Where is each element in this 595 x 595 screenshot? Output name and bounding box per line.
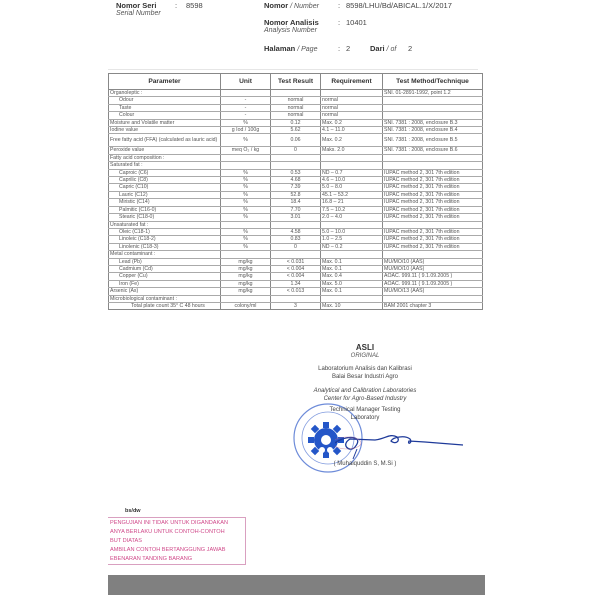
table-row: Lauric (C12)%52.845.1 – 53.2IUPAC method… — [109, 191, 483, 198]
cell-requirement: 4.6 – 10.0 — [321, 177, 383, 184]
cell-parameter: Organoleptic : — [109, 90, 221, 97]
table-row: Microbiological contaminant : — [109, 295, 483, 302]
cell-requirement — [321, 162, 383, 169]
cell-test-result: 4.68 — [271, 177, 321, 184]
cell-test-method: MU/MO/10 (AAS) — [383, 258, 483, 265]
cell-parameter: Iron (Fe) — [109, 280, 221, 287]
table-row: Peroxide valuemeq O₂ / kg0Maks. 2.0SNI. … — [109, 147, 483, 154]
page-value: 2 — [346, 44, 350, 53]
serial-label-en: Serial Number — [116, 10, 161, 17]
cell-test-result: 0 — [271, 243, 321, 250]
cell-parameter: Microbiological contaminant : — [109, 295, 221, 302]
cell-test-result: 52.8 — [271, 191, 321, 198]
cell-test-method: IUPAC method 2, 301 7th edition — [383, 214, 483, 221]
cell-requirement: normal — [321, 97, 383, 104]
cell-test-result: < 0.004 — [271, 265, 321, 272]
table-row: Metal contaminant : — [109, 251, 483, 258]
cell-unit — [221, 154, 271, 161]
cell-unit: meq O₂ / kg — [221, 147, 271, 154]
signature-icon — [335, 425, 465, 465]
cell-test-method: SNI. 7381 : 2008, enclosure B.3 — [383, 119, 483, 126]
table-row: Free fatty acid (FFA) (calculated as lau… — [109, 134, 483, 147]
cell-unit: - — [221, 97, 271, 104]
of-label-group: Dari / of — [370, 44, 396, 53]
cell-unit: - — [221, 104, 271, 111]
cell-requirement: Max. 0.2 — [321, 119, 383, 126]
number-label: Nomor — [264, 1, 288, 10]
table-row: Iodine valueg Iod / 100g5.624.1 – 11.0SN… — [109, 127, 483, 134]
cell-test-method: IUPAC method 2, 301 7th edition — [383, 177, 483, 184]
cell-test-method: IUPAC method 2, 301 7th edition — [383, 184, 483, 191]
cell-unit: mg/kg — [221, 265, 271, 272]
cell-test-method — [383, 251, 483, 258]
cell-unit — [221, 162, 271, 169]
cell-test-method — [383, 295, 483, 302]
cell-test-result — [271, 90, 321, 97]
table-row: Miristic (C14)%18.416.8 – 21IUPAC method… — [109, 199, 483, 206]
cell-test-method: AOAC. 999.11 ( 9.1.09.2005 ) — [383, 273, 483, 280]
cell-parameter: Fatty acid composition : — [109, 154, 221, 161]
cell-unit: mg/kg — [221, 288, 271, 295]
asli-label: ASLI — [250, 343, 480, 352]
cell-parameter: Capric (C10) — [109, 184, 221, 191]
cell-test-method: AOAC. 999.11 ( 9.1.09.2005 ) — [383, 280, 483, 287]
lab-name-en-2: Center for Agro-Based Industry — [250, 396, 480, 402]
cell-test-method: IUPAC method 2, 301 7th edition — [383, 199, 483, 206]
cell-requirement: Max. 0.4 — [321, 273, 383, 280]
notice-line: EBENARAN TANDING BARANG — [110, 555, 245, 564]
header-divider — [108, 69, 478, 70]
cell-unit: % — [221, 191, 271, 198]
cell-test-result: normal — [271, 97, 321, 104]
cell-parameter: Linolenic (C18-3) — [109, 243, 221, 250]
disclaimer-notice: PENGUJIAN INI TIDAK UNTUK DIGANDAKAN ANY… — [108, 517, 246, 565]
cell-parameter: Arsenic (As) — [109, 288, 221, 295]
cell-test-method: IUPAC method 2, 301 7th edition — [383, 236, 483, 243]
cell-test-result: 0.06 — [271, 134, 321, 147]
table-row: Linolenic (C18-3)%0ND – 0.2IUPAC method … — [109, 243, 483, 250]
table-row: Oleic (C18-1)%4.585.0 – 10.0IUPAC method… — [109, 228, 483, 235]
cell-test-method: SNI. 7381 : 2008, enclosure B.5 — [383, 134, 483, 147]
number-label-en: Number — [294, 3, 319, 10]
table-row: Unsaturated fat : — [109, 221, 483, 228]
cell-test-result: 1.34 — [271, 280, 321, 287]
cell-test-result — [271, 221, 321, 228]
table-row: Copper (Cu)mg/kg< 0.004Max. 0.4AOAC. 999… — [109, 273, 483, 280]
analysis-label-en: Analysis Number — [264, 27, 317, 34]
cell-requirement: normal — [321, 112, 383, 119]
cell-parameter: Palmitic (C16-0) — [109, 206, 221, 213]
cell-test-method: IUPAC method 2, 301 7th edition — [383, 169, 483, 176]
cell-test-result — [271, 154, 321, 161]
table-body: Organoleptic :SNI. 01-2891-1992, point 1… — [109, 90, 483, 310]
cell-requirement: Max. 0.1 — [321, 265, 383, 272]
cell-unit: % — [221, 243, 271, 250]
cell-requirement: Max. 0.2 — [321, 134, 383, 147]
lab-name-en-1: Analytical and Calibration Laboratories — [250, 388, 480, 394]
of-label-en: of — [390, 46, 396, 53]
cell-test-result: 0.12 — [271, 119, 321, 126]
table-row: Fatty acid composition : — [109, 154, 483, 161]
cell-parameter: Miristic (C14) — [109, 199, 221, 206]
cell-parameter: Linoleic (C18-2) — [109, 236, 221, 243]
cell-requirement: normal — [321, 104, 383, 111]
cell-unit: % — [221, 119, 271, 126]
table-row: Colour-normalnormal — [109, 112, 483, 119]
table-row: Moisture and Volatile matter%0.12Max. 0.… — [109, 119, 483, 126]
cell-requirement — [321, 295, 383, 302]
table-row: Linoleic (C18-2)%0.831.0 – 2.5IUPAC meth… — [109, 236, 483, 243]
col-test-method: Test Method/Technique — [383, 74, 483, 90]
cell-test-result — [271, 295, 321, 302]
cell-test-method — [383, 112, 483, 119]
lab-name-id-2: Balai Besar Industri Agro — [250, 374, 480, 380]
cell-requirement — [321, 251, 383, 258]
cell-requirement: 1.0 – 2.5 — [321, 236, 383, 243]
cell-test-result: 4.58 — [271, 228, 321, 235]
lab-name-id-1: Laboratorium Analisis dan Kalibrasi — [250, 366, 480, 372]
of-value: 2 — [408, 44, 412, 53]
table-row: Taste-normalnormal — [109, 104, 483, 111]
page-label-en: Page — [301, 46, 317, 53]
cell-unit — [221, 90, 271, 97]
table-row: Saturated fat : — [109, 162, 483, 169]
cell-parameter: Cadmium (Cd) — [109, 265, 221, 272]
cell-requirement: ND – 0.7 — [321, 169, 383, 176]
cell-parameter: Lauric (C12) — [109, 191, 221, 198]
cell-unit: % — [221, 199, 271, 206]
cell-test-method — [383, 221, 483, 228]
notice-line: PENGUJIAN INI TIDAK UNTUK DIGANDAKAN — [110, 519, 245, 528]
notice-line: ANYA BERLAKU UNTUK CONTOH-CONTOH — [110, 528, 245, 537]
cell-unit: colony/ml — [221, 302, 271, 309]
cell-test-method: SNI. 01-2891-1992, point 1.2 — [383, 90, 483, 97]
cell-test-result: 0.83 — [271, 236, 321, 243]
page-label-group: Halaman / Page — [264, 44, 317, 53]
cell-test-result: 5.62 — [271, 127, 321, 134]
cell-test-method: IUPAC method 2, 301 7th edition — [383, 243, 483, 250]
cell-unit: % — [221, 184, 271, 191]
serial-value: 8598 — [186, 1, 203, 10]
cell-test-method: MU/MO/13 (AAS) — [383, 288, 483, 295]
cell-test-result: normal — [271, 104, 321, 111]
table-row: Palmitic (C16-0)%7.707.5 – 10.2IUPAC met… — [109, 206, 483, 213]
cell-unit: % — [221, 169, 271, 176]
cell-test-result: < 0.013 — [271, 288, 321, 295]
cell-test-result — [271, 162, 321, 169]
cell-parameter: Taste — [109, 104, 221, 111]
cell-requirement: 7.5 – 10.2 — [321, 206, 383, 213]
cell-requirement: 45.1 – 53.2 — [321, 191, 383, 198]
col-unit: Unit — [221, 74, 271, 90]
cell-requirement: Max. 0.1 — [321, 258, 383, 265]
cell-test-method: MU/MO/10 (AAS) — [383, 265, 483, 272]
cell-requirement: Max. 10 — [321, 302, 383, 309]
cell-parameter: Colour — [109, 112, 221, 119]
cell-requirement — [321, 90, 383, 97]
analysis-value: 10401 — [346, 18, 367, 27]
cell-test-result: 0.53 — [271, 169, 321, 176]
bottom-gray-bar — [108, 575, 485, 595]
cell-parameter: Stearic (C18-0) — [109, 214, 221, 221]
table-header-row: Parameter Unit Test Result Requirement T… — [109, 74, 483, 90]
cell-unit: % — [221, 177, 271, 184]
cell-requirement: 4.1 – 11.0 — [321, 127, 383, 134]
initials: bs/dw — [125, 508, 141, 514]
cell-parameter: Caprilic (C8) — [109, 177, 221, 184]
cell-test-method: SNI. 7381 : 2008, enclosure B.4 — [383, 127, 483, 134]
cell-test-method — [383, 104, 483, 111]
cell-test-method: IUPAC method 2, 301 7th edition — [383, 206, 483, 213]
cell-parameter: Total plate count 35° C 48 hours — [109, 302, 221, 309]
cell-parameter: Lead (Pb) — [109, 258, 221, 265]
number-label-group: Nomor / Number — [264, 1, 319, 10]
cell-requirement: ND – 0.2 — [321, 243, 383, 250]
of-label: Dari — [370, 44, 385, 53]
cell-requirement — [321, 154, 383, 161]
cell-unit — [221, 221, 271, 228]
page-label: Halaman — [264, 44, 295, 53]
cell-parameter: Odour — [109, 97, 221, 104]
cell-test-method: IUPAC method 2, 301 7th edition — [383, 228, 483, 235]
cell-unit: - — [221, 112, 271, 119]
cell-requirement: Maks. 2.0 — [321, 147, 383, 154]
cell-test-method — [383, 162, 483, 169]
cell-test-result: 7.70 — [271, 206, 321, 213]
number-value: 8598/LHU/Bd/ABICAL.1/X/2017 — [346, 1, 452, 10]
cell-test-result: normal — [271, 112, 321, 119]
original-label: ORIGINAL — [250, 353, 480, 359]
cell-parameter: Moisture and Volatile matter — [109, 119, 221, 126]
cell-parameter: Oleic (C18-1) — [109, 228, 221, 235]
cell-requirement: Max. 0.1 — [321, 288, 383, 295]
cell-test-method — [383, 97, 483, 104]
table-row: Caproic (C6)%0.53ND – 0.7IUPAC method 2,… — [109, 169, 483, 176]
cell-requirement: Max. 5.0 — [321, 280, 383, 287]
role-line-2: Laboratory — [250, 415, 480, 421]
cell-parameter: Iodine value — [109, 127, 221, 134]
col-requirement: Requirement — [321, 74, 383, 90]
notice-line: BUT DIATAS — [110, 537, 245, 546]
cell-test-method: SNI. 7381 : 2008, enclosure B.6 — [383, 147, 483, 154]
cell-parameter: Free fatty acid (FFA) (calculated as lau… — [109, 134, 221, 147]
signer-name: ( Muhaiquddin S, M.Si ) — [250, 461, 480, 467]
cell-test-method: BAM 2001 chapter 3 — [383, 302, 483, 309]
cell-test-result: 3 — [271, 302, 321, 309]
cell-parameter: Caproic (C6) — [109, 169, 221, 176]
cell-test-result: 18.4 — [271, 199, 321, 206]
cell-test-method — [383, 154, 483, 161]
cell-requirement — [321, 221, 383, 228]
cell-test-result: < 0.004 — [271, 273, 321, 280]
table-row: Capric (C10)%7.395.0 – 8.0IUPAC method 2… — [109, 184, 483, 191]
cell-unit: g Iod / 100g — [221, 127, 271, 134]
cell-unit: mg/kg — [221, 258, 271, 265]
cell-test-method: IUPAC method 2, 301 7th edition — [383, 191, 483, 198]
analysis-label: Nomor Analisis — [264, 18, 319, 27]
col-test-result: Test Result — [271, 74, 321, 90]
cell-unit: % — [221, 214, 271, 221]
cell-parameter: Saturated fat : — [109, 162, 221, 169]
cell-requirement: 5.0 – 10.0 — [321, 228, 383, 235]
cell-parameter: Unsaturated fat : — [109, 221, 221, 228]
table-row: Iron (Fe)mg/kg1.34Max. 5.0AOAC. 999.11 (… — [109, 280, 483, 287]
table-row: Arsenic (As)mg/kg< 0.013Max. 0.1MU/MO/13… — [109, 288, 483, 295]
cell-unit: % — [221, 206, 271, 213]
analysis-colon: : — [338, 18, 340, 27]
table-row: Caprilic (C8)%4.684.6 – 10.0IUPAC method… — [109, 177, 483, 184]
cell-unit: mg/kg — [221, 280, 271, 287]
cell-test-result: 7.39 — [271, 184, 321, 191]
cell-unit — [221, 251, 271, 258]
cell-unit: % — [221, 134, 271, 147]
notice-line: AMBILAN CONTOH BERTANGGUNG JAWAB — [110, 546, 245, 555]
cell-requirement: 16.8 – 21 — [321, 199, 383, 206]
cell-requirement: 2.0 – 4.0 — [321, 214, 383, 221]
page-colon: : — [338, 44, 340, 53]
table-row: Organoleptic :SNI. 01-2891-1992, point 1… — [109, 90, 483, 97]
cell-unit: % — [221, 228, 271, 235]
table-row: Stearic (C18-0)%3.012.0 – 4.0IUPAC metho… — [109, 214, 483, 221]
col-parameter: Parameter — [109, 74, 221, 90]
table-row: Cadmium (Cd)mg/kg< 0.004Max. 0.1MU/MO/10… — [109, 265, 483, 272]
table-row: Total plate count 35° C 48 hourscolony/m… — [109, 302, 483, 309]
cell-parameter: Peroxide value — [109, 147, 221, 154]
cell-test-result: 3.01 — [271, 214, 321, 221]
number-colon: : — [338, 1, 340, 10]
results-table: Parameter Unit Test Result Requirement T… — [108, 73, 483, 310]
serial-colon: : — [175, 1, 177, 10]
cell-unit — [221, 295, 271, 302]
cell-unit: % — [221, 236, 271, 243]
table-row: Odour-normalnormal — [109, 97, 483, 104]
table-row: Lead (Pb)mg/kg< 0.031Max. 0.1MU/MO/10 (A… — [109, 258, 483, 265]
cell-parameter: Metal contaminant : — [109, 251, 221, 258]
serial-label: Nomor Seri — [116, 1, 156, 10]
cell-requirement: 5.0 – 8.0 — [321, 184, 383, 191]
cell-unit: mg/kg — [221, 273, 271, 280]
cell-parameter: Copper (Cu) — [109, 273, 221, 280]
cell-test-result — [271, 251, 321, 258]
cell-test-result: 0 — [271, 147, 321, 154]
role-line-1: Technical Manager Testing — [250, 407, 480, 413]
cell-test-result: < 0.031 — [271, 258, 321, 265]
